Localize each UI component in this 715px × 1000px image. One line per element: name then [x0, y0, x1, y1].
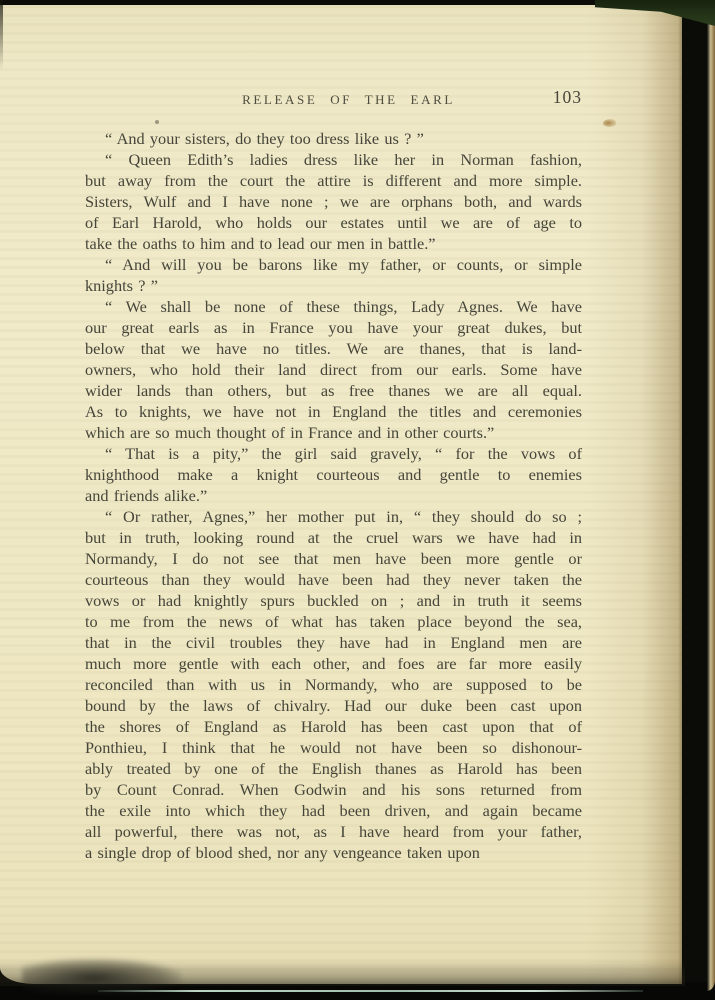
running-head: RELEASE OF THE EARL 103 — [85, 90, 582, 128]
paragraph: “ And your sisters, do they too dress li… — [85, 128, 582, 149]
text-line: and friends alike.” — [85, 485, 582, 506]
text-line: owners, who hold their land direct from … — [85, 359, 582, 380]
text-line: all powerful, there was not, as I have h… — [85, 821, 582, 842]
text-line: courteous than they would have been had … — [85, 569, 582, 590]
text-line: knights ? ” — [85, 275, 582, 296]
text-line: the exile into which they had been drive… — [85, 800, 582, 821]
text-line: Normandy, I do not see that men have bee… — [85, 548, 582, 569]
book-scan: RELEASE OF THE EARL 103 “ And your siste… — [0, 0, 715, 1000]
text-line: much more gentle with each other, and fo… — [85, 653, 582, 674]
text-line: the shores of England as Harold has been… — [85, 716, 582, 737]
paper-stain — [603, 119, 616, 127]
text-line: “ And will you be barons like my father,… — [85, 254, 582, 275]
text-line: knighthood make a knight courteous and g… — [85, 464, 582, 485]
text-line: “ Queen Edith’s ladies dress like her in… — [85, 149, 582, 170]
text-line: but in truth, looking round at the cruel… — [85, 527, 582, 548]
bottom-left-corner-shadow — [22, 958, 182, 994]
page-text: “ And your sisters, do they too dress li… — [85, 128, 582, 863]
text-line: wider lands than others, but as free tha… — [85, 380, 582, 401]
text-line: “ Or rather, Agnes,” her mother put in, … — [85, 506, 582, 527]
text-line: to me from the news of what has taken pl… — [85, 611, 582, 632]
running-head-title: RELEASE OF THE EARL — [242, 92, 455, 108]
text-line: reconciled than with us in Normandy, who… — [85, 674, 582, 695]
paragraph: “ Queen Edith’s ladies dress like her in… — [85, 149, 582, 254]
text-line: our great earls as in France you have yo… — [85, 317, 582, 338]
printed-content: RELEASE OF THE EARL 103 “ And your siste… — [85, 90, 582, 863]
text-line: “ And your sisters, do they too dress li… — [85, 128, 582, 149]
text-line: bound by the laws of chivalry. Had our d… — [85, 695, 582, 716]
paragraph: “ Or rather, Agnes,” her mother put in, … — [85, 506, 582, 863]
text-line: but away from the court the attire is di… — [85, 170, 582, 191]
text-line: a single drop of blood shed, nor any ven… — [85, 842, 582, 863]
text-line: below that we have no titles. We are tha… — [85, 338, 582, 359]
text-line: take the oaths to him and to lead our me… — [85, 233, 582, 254]
page-number: 103 — [553, 87, 582, 108]
paragraph: “ And will you be barons like my father,… — [85, 254, 582, 296]
fore-edge-highlight — [707, 7, 715, 991]
text-line: vows or had knightly spurs buckled on ; … — [85, 590, 582, 611]
text-line: “ We shall be none of these things, Lady… — [85, 296, 582, 317]
text-line: “ That is a pity,” the girl said gravely… — [85, 443, 582, 464]
text-line: that in the civil troubles they have had… — [85, 632, 582, 653]
page-left-edge-shadow — [0, 0, 3, 70]
text-line: by Count Conrad. When Godwin and his son… — [85, 779, 582, 800]
text-line: which are so much thought of in France a… — [85, 422, 582, 443]
text-line: ably treated by one of the English thane… — [85, 758, 582, 779]
cover-edge-highlight-line — [98, 990, 643, 992]
text-line: of Earl Harold, who holds our estates un… — [85, 212, 582, 233]
text-line: Sisters, Wulf and I have none ; we are o… — [85, 191, 582, 212]
text-line: As to knights, we have not in England th… — [85, 401, 582, 422]
paragraph: “ That is a pity,” the girl said gravely… — [85, 443, 582, 506]
text-line: Ponthieu, I think that he would not have… — [85, 737, 582, 758]
paragraph: “ We shall be none of these things, Lady… — [85, 296, 582, 443]
fore-edge-page-stack — [680, 7, 715, 991]
